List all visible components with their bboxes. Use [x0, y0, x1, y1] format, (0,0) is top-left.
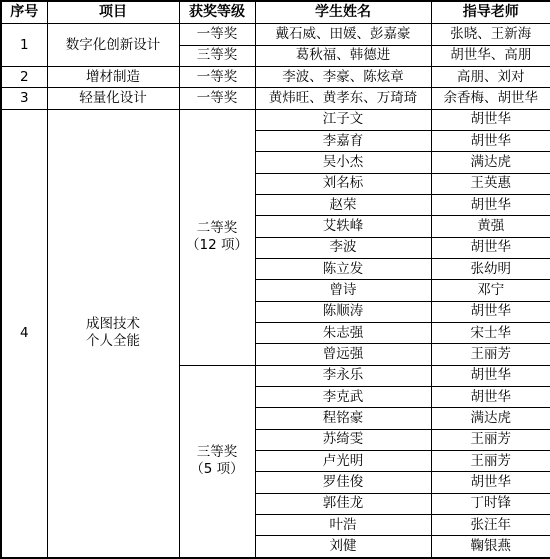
- table-row: 2 增材制造 一等奖 李波、李豪、陈炫章 高朋、刘对: [1, 66, 550, 87]
- project-cell: 轻量化设计: [47, 88, 179, 109]
- teachers-cell: 王丽芳: [431, 451, 550, 472]
- teachers-cell: 胡世华: [431, 130, 550, 151]
- students-cell: 卢光明: [255, 451, 431, 472]
- students-cell: 曾诗: [255, 280, 431, 301]
- table-row: 3 轻量化设计 一等奖 黄炜旺、黄孝东、万琦琦 余香梅、胡世华: [1, 88, 550, 109]
- row-number: 2: [1, 66, 47, 87]
- students-cell: 黄炜旺、黄孝东、万琦琦: [255, 88, 431, 109]
- teachers-cell: 宋士华: [431, 323, 550, 344]
- students-cell: 江子文: [255, 109, 431, 130]
- teachers-cell: 胡世华: [431, 365, 550, 386]
- students-cell: 苏绮雯: [255, 429, 431, 450]
- teachers-cell: 鞠银燕: [431, 536, 550, 558]
- teachers-cell: 王丽芳: [431, 344, 550, 365]
- header-cell-teachers: 指导老师: [431, 1, 550, 24]
- students-cell: 葛秋福、韩德进: [255, 45, 431, 66]
- header-cell-no: 序号: [1, 1, 47, 24]
- header-cell-project: 项目: [47, 1, 179, 24]
- students-cell: 吴小杰: [255, 152, 431, 173]
- students-cell: 戴石威、田媛、彭嘉豪: [255, 24, 431, 45]
- students-cell: 郭佳龙: [255, 493, 431, 514]
- header-row: 序号 项目 获奖等级 学生姓名 指导老师: [1, 1, 550, 24]
- students-cell: 陈立发: [255, 258, 431, 279]
- project-cell: 成图技术 个人全能: [47, 109, 179, 558]
- table-row: 1 数字化创新设计 一等奖 戴石威、田媛、彭嘉豪 张晓、王新海: [1, 24, 550, 45]
- students-cell: 刘名标: [255, 173, 431, 194]
- students-cell: 李波、李豪、陈炫章: [255, 66, 431, 87]
- row-number: 4: [1, 109, 47, 558]
- students-cell: 艾轶峰: [255, 216, 431, 237]
- header-cell-students: 学生姓名: [255, 1, 431, 24]
- teachers-cell: 胡世华: [431, 194, 550, 215]
- award-level-cell: 一等奖: [179, 66, 255, 87]
- students-cell: 赵荣: [255, 194, 431, 215]
- teachers-cell: 胡世华: [431, 109, 550, 130]
- students-cell: 朱志强: [255, 323, 431, 344]
- teachers-cell: 满达虎: [431, 408, 550, 429]
- header-cell-level: 获奖等级: [179, 1, 255, 24]
- award-level-cell: 三等奖: [179, 45, 255, 66]
- teachers-cell: 胡世华: [431, 472, 550, 493]
- students-cell: 叶浩: [255, 515, 431, 536]
- teachers-cell: 余香梅、胡世华: [431, 88, 550, 109]
- teachers-cell: 王丽芳: [431, 429, 550, 450]
- students-cell: 陈顺涛: [255, 301, 431, 322]
- awards-table: 序号 项目 获奖等级 学生姓名 指导老师 1 数字化创新设计 一等奖 戴石威、田…: [0, 0, 550, 559]
- award-level-cell: 二等奖 （12 项）: [179, 109, 255, 365]
- students-cell: 李嘉育: [255, 130, 431, 151]
- students-cell: 刘健: [255, 536, 431, 558]
- students-cell: 罗佳俊: [255, 472, 431, 493]
- teachers-cell: 高朋、刘对: [431, 66, 550, 87]
- students-cell: 曾远强: [255, 344, 431, 365]
- students-cell: 李波: [255, 237, 431, 258]
- teachers-cell: 邓宁: [431, 280, 550, 301]
- teachers-cell: 胡世华: [431, 237, 550, 258]
- award-level-cell: 一等奖: [179, 88, 255, 109]
- teachers-cell: 张幼明: [431, 258, 550, 279]
- awards-document: 序号 项目 获奖等级 学生姓名 指导老师 1 数字化创新设计 一等奖 戴石威、田…: [0, 0, 550, 559]
- award-level-cell: 一等奖: [179, 24, 255, 45]
- award-level-cell: 三等奖 （5 项）: [179, 365, 255, 558]
- project-cell: 增材制造: [47, 66, 179, 87]
- teachers-cell: 胡世华: [431, 387, 550, 408]
- teachers-cell: 丁时锋: [431, 493, 550, 514]
- teachers-cell: 黄强: [431, 216, 550, 237]
- project-cell: 数字化创新设计: [47, 24, 179, 67]
- teachers-cell: 张汪年: [431, 515, 550, 536]
- students-cell: 李永乐: [255, 365, 431, 386]
- students-cell: 李克武: [255, 387, 431, 408]
- teachers-cell: 胡世华、高朋: [431, 45, 550, 66]
- table-row: 4 成图技术 个人全能 二等奖 （12 项） 江子文 胡世华: [1, 109, 550, 130]
- teachers-cell: 胡世华: [431, 301, 550, 322]
- row-number: 1: [1, 24, 47, 67]
- students-cell: 程铭豪: [255, 408, 431, 429]
- teachers-cell: 王英惠: [431, 173, 550, 194]
- row-number: 3: [1, 88, 47, 109]
- teachers-cell: 满达虎: [431, 152, 550, 173]
- teachers-cell: 张晓、王新海: [431, 24, 550, 45]
